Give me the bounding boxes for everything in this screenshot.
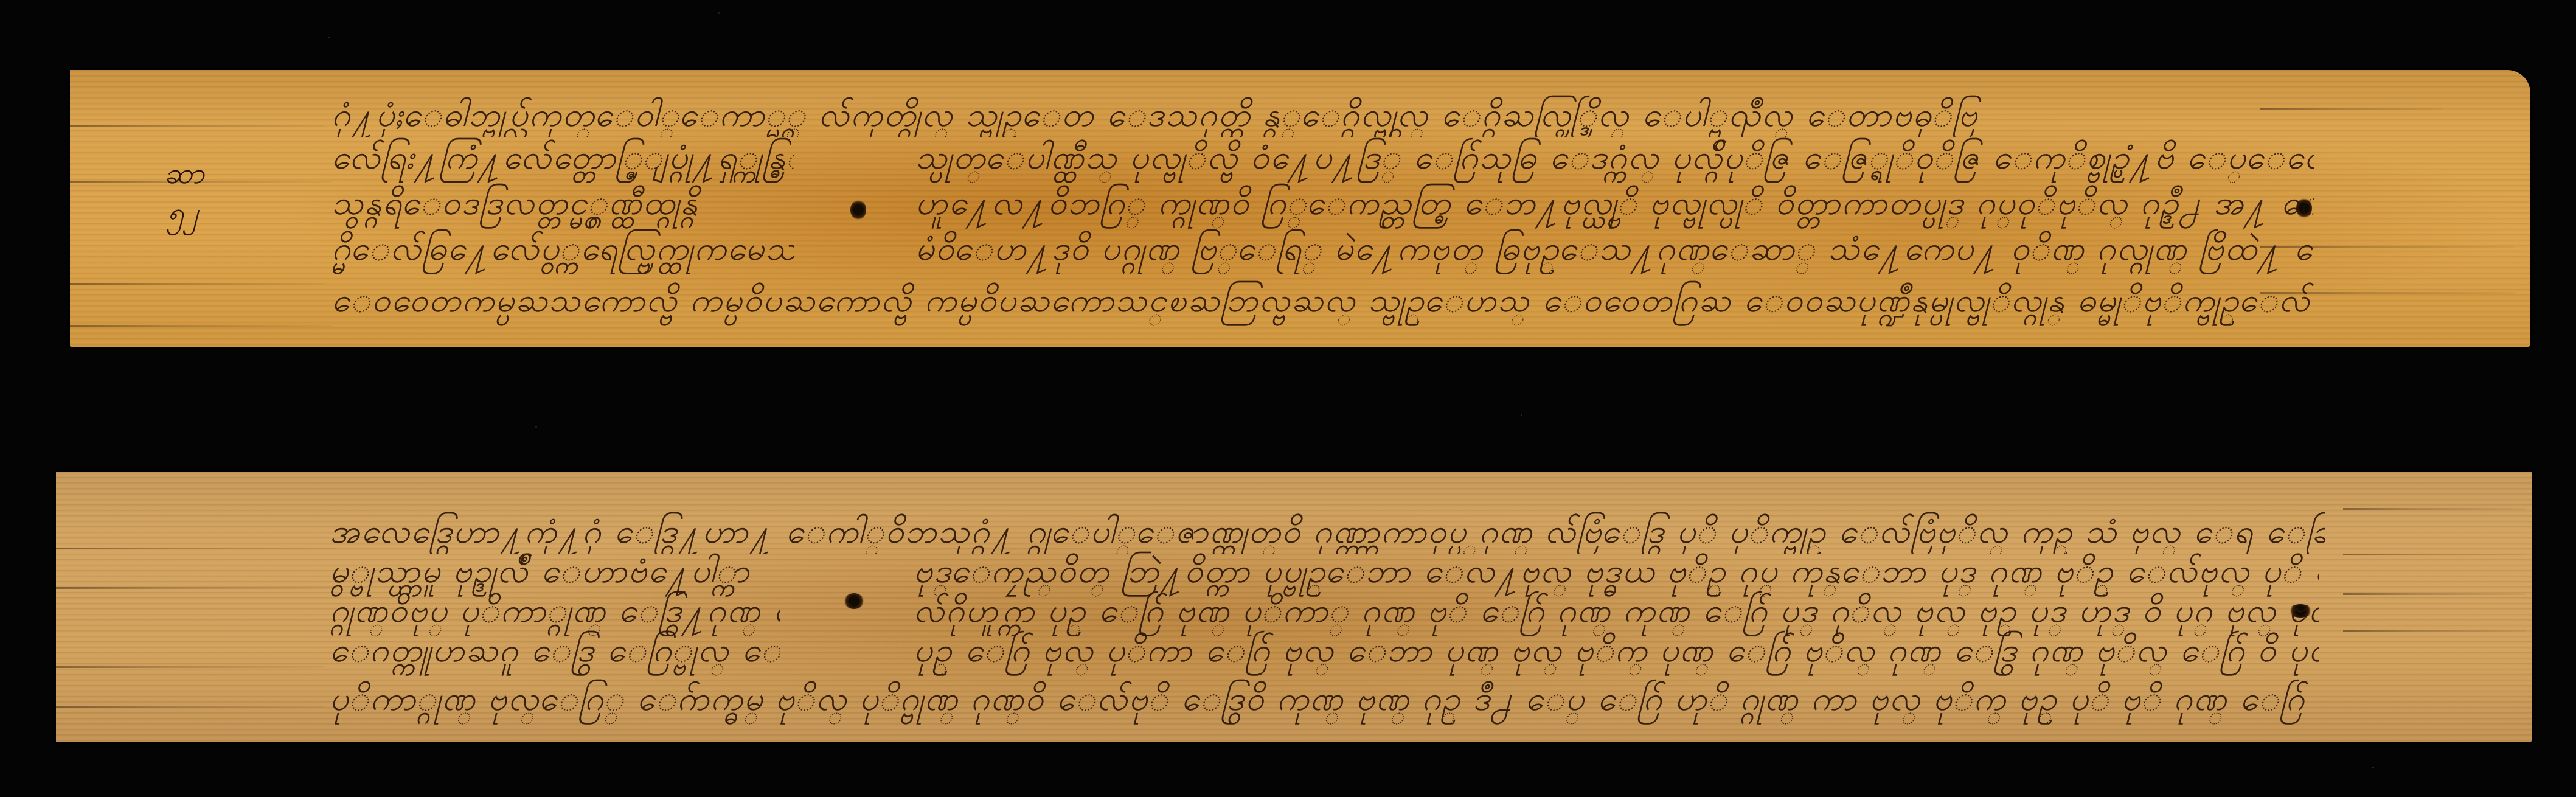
ruled-line (70, 125, 325, 127)
ruled-line (2343, 630, 2526, 632)
left-text-block: လ်ေရြး႔ကြံ႔လ်ေတ္တော္ဇြျပ္ဂုံ႔ရှ္ကုန္ဓြျပ… (332, 137, 794, 277)
ruled-line (56, 587, 336, 589)
palm-leaf-bottom: အလေဒြွေဟာ႔ကုံ႔ဂုံ ေဒြွ႔ဟာ႔ ေကါ္ဝိဘသုဂ္ဂံ… (56, 472, 2532, 742)
text-line-1: အလေဒြွေဟာ႔ကုံ႔ဂုံ ေဒြွ႔ဟာ႔ ေကါ္ဝိဘသုဂ္ဂံ… (330, 505, 2325, 554)
palm-leaf-top: ဆာ ၅၂ ဂုံ႔ပုံႈေဓါဘ္ဗုပ္လ်ကုတ္ေ၀ါ္ေကာ္မွ္… (70, 70, 2530, 347)
right-text-block: သ္ပုတ္ေပါဏ္ထီသ္ ပုလ္ဗုိလ္ဗိ ၀ံ႔ေပ႔ဒြ္ ေဂ… (915, 137, 2314, 277)
ruled-line (2343, 508, 2526, 510)
left-text-block: မွ္ဗုသ္ပ္ကာမူ ဗုဥ္ဒုလ်ဳ ေဟာဗံ႔ေပါ္ကာ ဂ္ဂ… (330, 551, 780, 678)
ruled-line (2343, 593, 2526, 595)
background-speck (2372, 767, 2374, 768)
ruled-line (56, 666, 324, 668)
string-hole-left (850, 200, 866, 220)
text-line-5: ေ၀ဝေတကမ္ပႀသကောလ္ဗိ ကမ္ပဝိပႀကောလ္ဗိ ကမ္ပဝ… (332, 274, 2314, 329)
leaf-number-letter: ဆာ (164, 155, 204, 198)
ruled-line (70, 283, 325, 285)
leaf-number-digits: ၅၂ (167, 195, 198, 237)
ruled-line (70, 325, 332, 327)
ruled-line (56, 706, 324, 708)
background-speck (1521, 414, 1522, 416)
background-speck (718, 12, 720, 14)
text-line-1: ဂုံ႔ပုံႈေဓါဘ္ဗုပ္လ်ကုတ္ေ၀ါ္ေကာ္မွ္ လ်ကုတ… (332, 88, 2314, 137)
right-text-block: ဗုဒ္ေကၠည္ဝိတ္ ဘြဲ႔ဝိတ္ကာ ပုပ္ဗုဥ္ေဘာ ေလ႔… (914, 551, 2319, 678)
ruled-line (56, 548, 336, 549)
text-line-5: ပုိကာ္ဂုဏ္ ဗုလ္ေဂြ္ ေဂ်ာက္ဓမ္ ဗုိလ္ ပုိဂ… (330, 672, 2325, 727)
background-speck (328, 37, 330, 38)
ruled-line (2343, 554, 2526, 555)
background-speck (535, 426, 537, 428)
string-hole-left (844, 593, 864, 609)
